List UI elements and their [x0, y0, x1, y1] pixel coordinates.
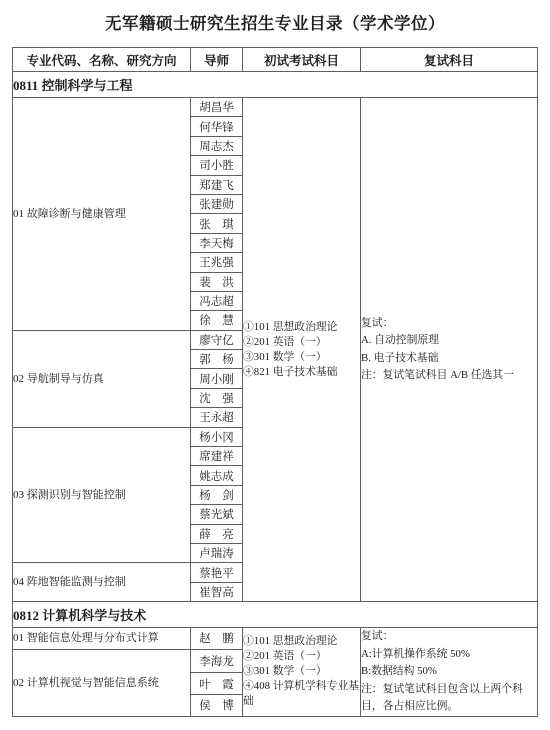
exam-subject-line: ②201 英语（一）	[243, 649, 360, 664]
exam-subject-line: ②201 英语（一）	[243, 335, 360, 350]
tutor-cell: 李海龙	[191, 649, 243, 673]
column-header-retest: 复试科目	[361, 48, 538, 72]
retest-cell: 复试：A. 自动控制原理B. 电子技术基础注：复试笔试科目 A/B 任选其一	[361, 98, 538, 602]
direction-cell: 01 智能信息处理与分布式计算	[13, 628, 191, 650]
tutor-cell: 赵 鹏	[191, 628, 243, 650]
initial-exam-cell: ①101 思想政治理论②201 英语（一）③301 数学（一）④821 电子技术…	[243, 98, 361, 602]
exam-subject-line: ①101 思想政治理论	[243, 634, 360, 649]
admissions-catalog-table: 专业代码、名称、研究方向 导师 初试考试科目 复试科目 0811 控制科学与工程…	[12, 47, 538, 717]
tutor-cell: 周志杰	[191, 136, 243, 155]
tutor-cell: 冯志超	[191, 291, 243, 310]
tutor-cell: 叶 霞	[191, 673, 243, 695]
column-header-initial-exam: 初试考试科目	[243, 48, 361, 72]
table-row: 01 故障诊断与健康管理胡昌华①101 思想政治理论②201 英语（一）③301…	[13, 98, 538, 117]
tutor-cell: 卢瑞涛	[191, 543, 243, 562]
tutor-cell: 薛 亮	[191, 524, 243, 543]
direction-cell: 04 阵地智能监测与控制	[13, 563, 191, 602]
exam-subject-line: ④821 电子技术基础	[243, 365, 360, 380]
section-row: 0812 计算机科学与技术	[13, 602, 538, 628]
retest-subject-line: B:数据结构 50%	[361, 663, 537, 681]
section-row: 0811 控制科学与工程	[13, 72, 538, 98]
table-row: 01 智能信息处理与分布式计算赵 鹏①101 思想政治理论②201 英语（一）③…	[13, 628, 538, 650]
exam-subject-line: ③301 数学（一）	[243, 664, 360, 679]
direction-cell: 02 导航制导与仿真	[13, 330, 191, 427]
tutor-cell: 廖守亿	[191, 330, 243, 349]
retest-cell: 复试：A:计算机操作系统 50%B:数据结构 50%注：复试笔试科目包含以上两个…	[361, 628, 538, 717]
tutor-cell: 侯 博	[191, 695, 243, 717]
table-header-row: 专业代码、名称、研究方向 导师 初试考试科目 复试科目	[13, 48, 538, 72]
tutor-cell: 张建勋	[191, 194, 243, 213]
tutor-cell: 崔智高	[191, 582, 243, 601]
initial-exam-cell: ①101 思想政治理论②201 英语（一）③301 数学（一）④408 计算机学…	[243, 628, 361, 717]
tutor-cell: 蔡艳平	[191, 563, 243, 582]
section-header: 0812 计算机科学与技术	[13, 602, 538, 628]
retest-subject-line: 注：复试笔试科目 A/B 任选其一	[361, 367, 537, 385]
direction-cell: 03 探测识别与智能控制	[13, 427, 191, 563]
tutor-cell: 张 琪	[191, 214, 243, 233]
direction-cell: 02 计算机视觉与智能信息系统	[13, 649, 191, 716]
tutor-cell: 杨 剑	[191, 485, 243, 504]
tutor-cell: 王永超	[191, 408, 243, 427]
direction-cell: 01 故障诊断与健康管理	[13, 98, 191, 331]
retest-subject-line: A:计算机操作系统 50%	[361, 646, 537, 664]
tutor-cell: 胡昌华	[191, 98, 243, 117]
tutor-cell: 席建祥	[191, 447, 243, 466]
column-header-major: 专业代码、名称、研究方向	[13, 48, 191, 72]
tutor-cell: 蔡光斌	[191, 505, 243, 524]
tutor-cell: 姚志成	[191, 466, 243, 485]
exam-subject-line: ③301 数学（一）	[243, 350, 360, 365]
tutor-cell: 王兆强	[191, 253, 243, 272]
tutor-cell: 何华锋	[191, 117, 243, 136]
retest-subject-line: A. 自动控制原理	[361, 332, 537, 350]
document-page: 无军籍硕士研究生招生专业目录（学术学位） 专业代码、名称、研究方向 导师 初试考…	[0, 0, 550, 730]
retest-subject-line: 复试：	[361, 315, 537, 333]
exam-subject-line: ④408 计算机学科专业基础	[243, 679, 360, 709]
retest-subject-line: 注：复试笔试科目包含以上两个科目，各占相应比例。	[361, 681, 537, 716]
retest-subject-line: B. 电子技术基础	[361, 350, 537, 368]
tutor-cell: 周小刚	[191, 369, 243, 388]
section-header: 0811 控制科学与工程	[13, 72, 538, 98]
catalog-table-body: 0811 控制科学与工程01 故障诊断与健康管理胡昌华①101 思想政治理论②2…	[13, 72, 538, 717]
exam-subject-line: ①101 思想政治理论	[243, 320, 360, 335]
tutor-cell: 郑建飞	[191, 175, 243, 194]
tutor-cell: 沈 强	[191, 388, 243, 407]
tutor-cell: 司小胜	[191, 156, 243, 175]
retest-subject-line: 复试：	[361, 628, 537, 646]
column-header-tutor: 导师	[191, 48, 243, 72]
tutor-cell: 李天梅	[191, 233, 243, 252]
tutor-cell: 郭 杨	[191, 350, 243, 369]
tutor-cell: 徐 慧	[191, 311, 243, 330]
page-title: 无军籍硕士研究生招生专业目录（学术学位）	[0, 10, 550, 34]
tutor-cell: 杨小冈	[191, 427, 243, 446]
tutor-cell: 裴 洪	[191, 272, 243, 291]
